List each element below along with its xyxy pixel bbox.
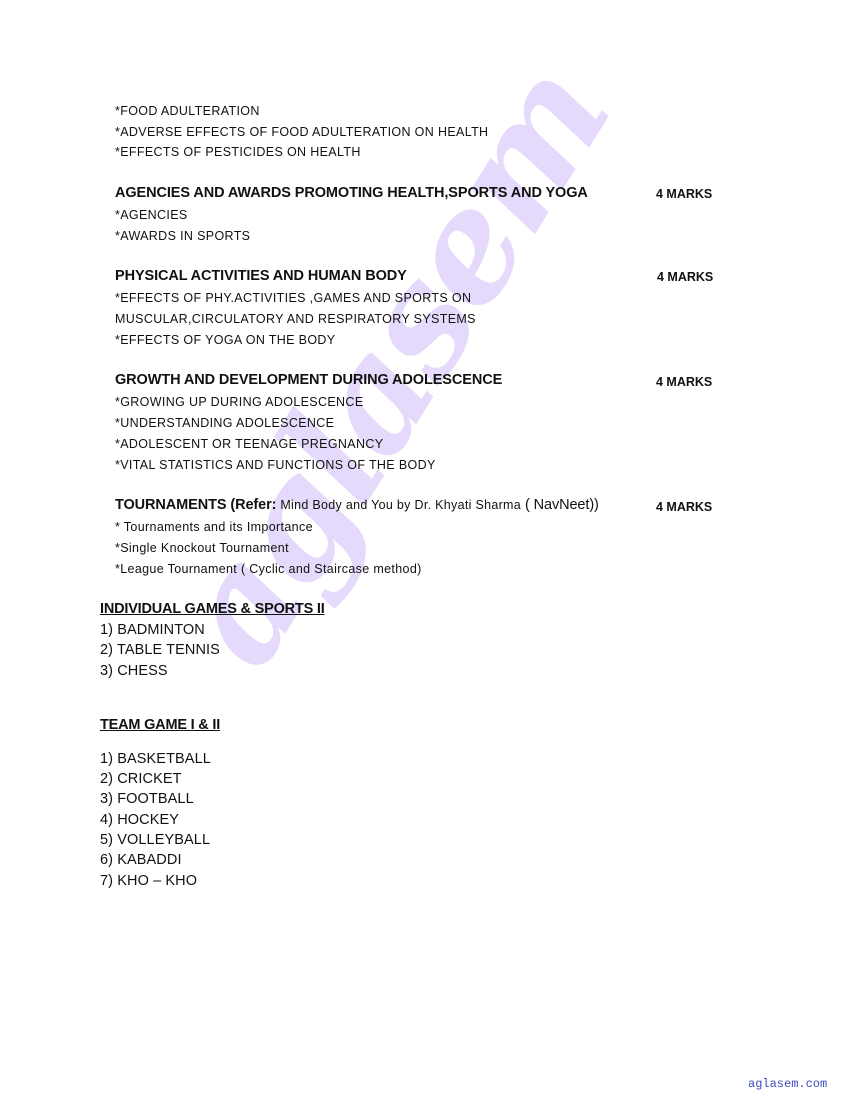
unit-marks: 4 MARKS (656, 375, 712, 389)
unit-marks: 4 MARKS (657, 270, 713, 284)
list-item: 1) BASKETBALL (100, 751, 211, 767)
unit-title: PHYSICAL ACTIVITIES AND HUMAN BODY (115, 268, 407, 284)
list-item: 2) TABLE TENNIS (100, 642, 220, 658)
topic-item: *UNDERSTANDING ADOLESCENCE (115, 416, 334, 430)
section-title-individual-games: INDIVIDUAL GAMES & SPORTS II (100, 601, 325, 617)
topic-item: *EFFECTS OF YOGA ON THE BODY (115, 333, 336, 347)
topic-item: *FOOD ADULTERATION (115, 104, 260, 118)
list-item: 4) HOCKEY (100, 812, 179, 828)
list-item: 7) KHO – KHO (100, 873, 197, 889)
list-item: 1) BADMINTON (100, 622, 205, 638)
list-item: 3) CHESS (100, 663, 168, 679)
topic-item: *EFFECTS OF PHY.ACTIVITIES ,GAMES AND SP… (115, 291, 471, 305)
topic-item: *ADVERSE EFFECTS OF FOOD ADULTERATION ON… (115, 125, 488, 139)
unit-marks: 4 MARKS (656, 500, 712, 514)
topic-item: *EFFECTS OF PESTICIDES ON HEALTH (115, 145, 361, 159)
topic-item: *League Tournament ( Cyclic and Staircas… (115, 562, 422, 576)
topic-item: *GROWING UP DURING ADOLESCENCE (115, 395, 364, 409)
topic-item: *AGENCIES (115, 208, 188, 222)
list-item: 5) VOLLEYBALL (100, 832, 210, 848)
list-item: 6) KABADDI (100, 852, 182, 868)
section-title-team-games: TEAM GAME I & II (100, 717, 220, 733)
unit-title: TOURNAMENTS (Refer: Mind Body and You by… (115, 497, 599, 513)
unit-title: AGENCIES AND AWARDS PROMOTING HEALTH,SPO… (115, 185, 588, 201)
reference-publisher: ( NavNeet)) (525, 497, 599, 513)
unit-marks: 4 MARKS (656, 187, 712, 201)
list-item: 3) FOOTBALL (100, 791, 194, 807)
topic-item: *AWARDS IN SPORTS (115, 229, 250, 243)
topic-item: *ADOLESCENT OR TEENAGE PREGNANCY (115, 437, 383, 451)
footer-site-link[interactable]: aglasem.com (748, 1077, 827, 1091)
topic-item: *Single Knockout Tournament (115, 541, 289, 555)
unit-title: GROWTH AND DEVELOPMENT DURING ADOLESCENC… (115, 372, 502, 388)
reference-book: Mind Body and You by Dr. Khyati Sharma (280, 498, 521, 512)
topic-item: *VITAL STATISTICS AND FUNCTIONS OF THE B… (115, 458, 436, 472)
topic-item: * Tournaments and its Importance (115, 520, 313, 534)
topic-item: MUSCULAR,CIRCULATORY AND RESPIRATORY SYS… (115, 312, 476, 326)
unit-title-text: TOURNAMENTS (Refer: (115, 497, 276, 513)
list-item: 2) CRICKET (100, 771, 182, 787)
